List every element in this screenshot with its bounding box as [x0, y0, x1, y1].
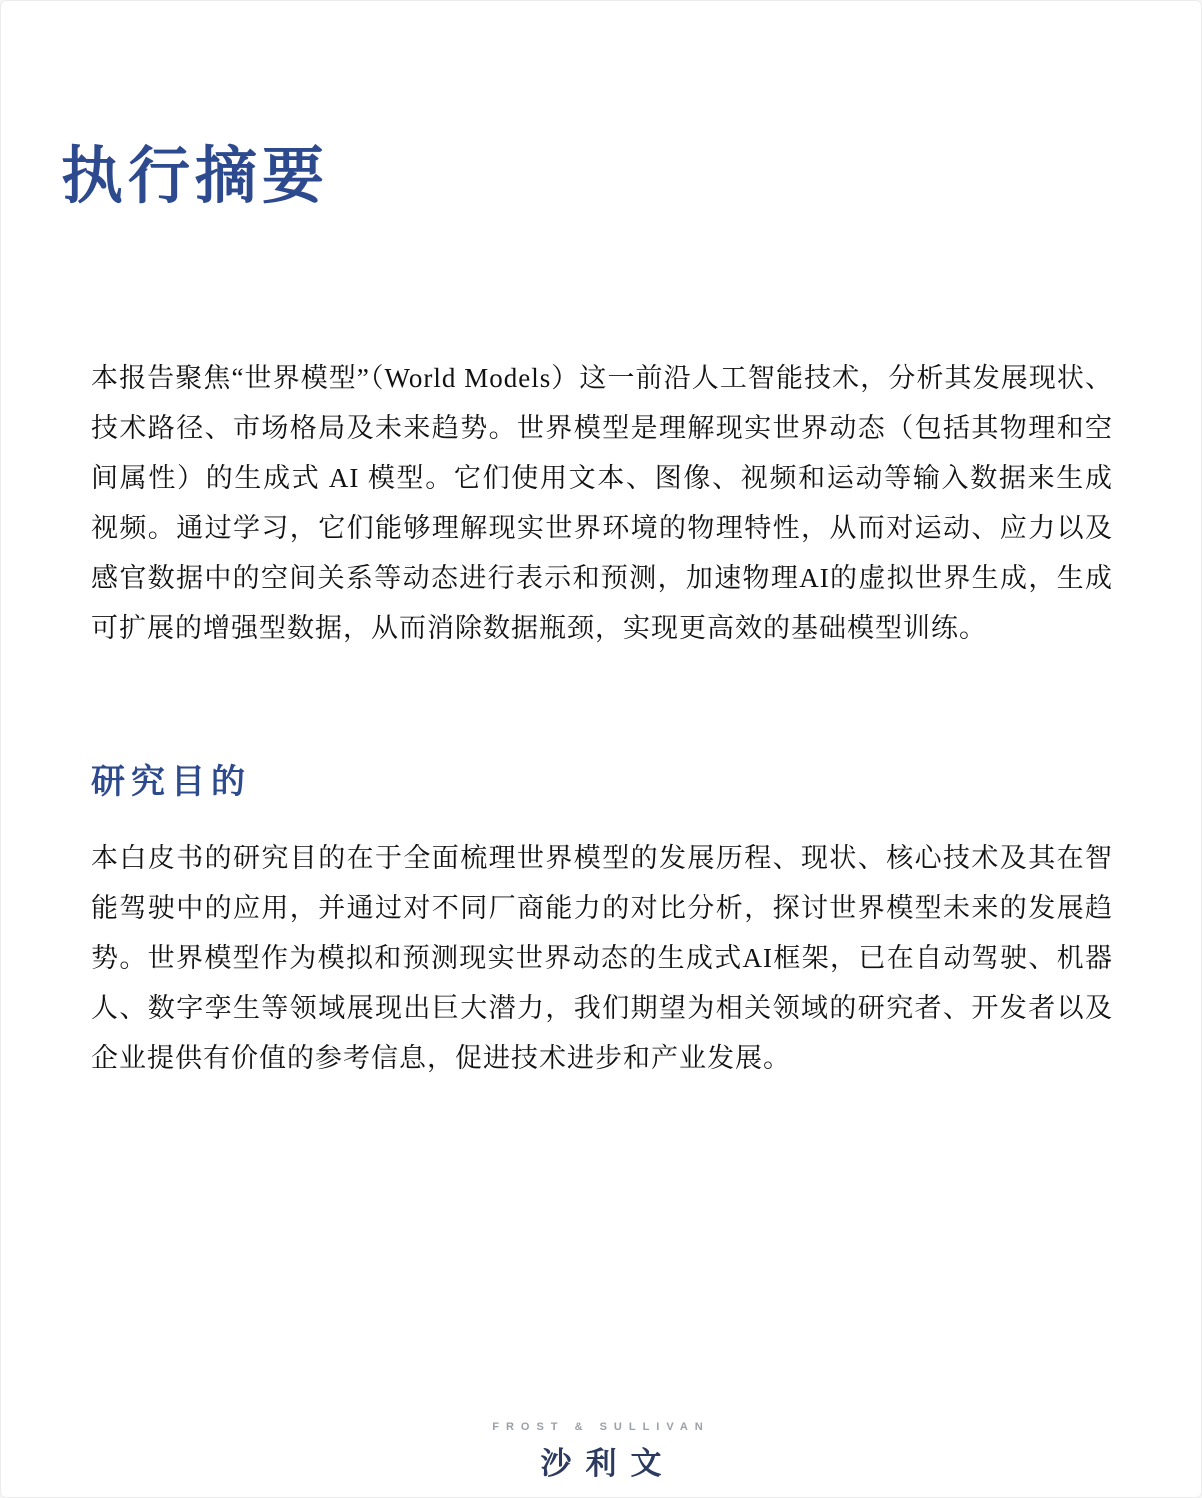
document-page: 执行摘要 本报告聚焦“世界模型”（World Models）这一前沿人工智能技术…	[0, 0, 1202, 1498]
section-heading-research-purpose: 研究目的	[91, 763, 251, 803]
page-title: 执行摘要	[61, 133, 329, 223]
frost-sullivan-wordmark: FROST & SULLIVAN	[1, 1421, 1201, 1433]
research-purpose-paragraph: 本白皮书的研究目的在于全面梳理世界模型的发展历程、现状、核心技术及其在智能驾驶中…	[91, 833, 1113, 1083]
executive-summary-paragraph: 本报告聚焦“世界模型”（World Models）这一前沿人工智能技术，分析其发…	[91, 353, 1113, 653]
frost-sullivan-chinese-logo: 沙利文	[1, 1438, 1201, 1483]
footer-logo: FROST & SULLIVAN 沙利文	[1, 1421, 1201, 1483]
